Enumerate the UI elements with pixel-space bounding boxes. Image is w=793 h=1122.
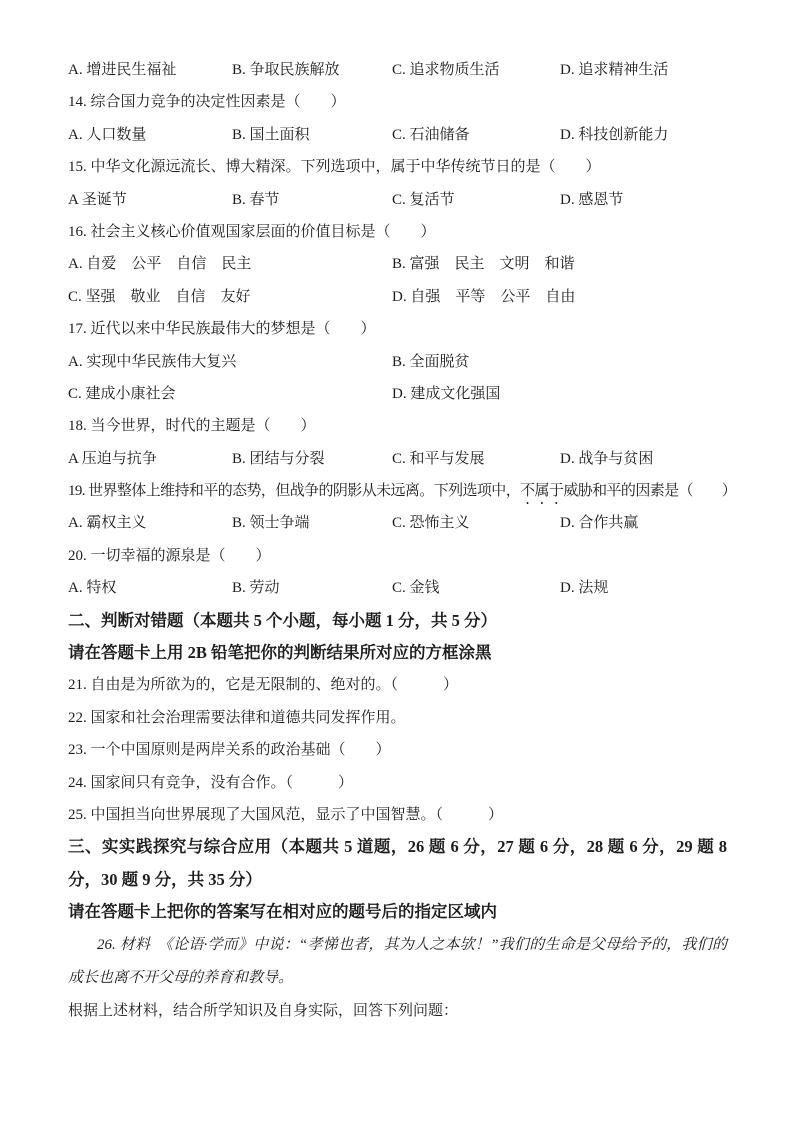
judgment-item-24: 24. 国家间只有竞争，没有合作。（ ） bbox=[68, 767, 727, 799]
q19-question: 19. 世界整体上维持和平的态势，但战争的阴影从未远离。下列选项中，不属于威胁和… bbox=[68, 475, 727, 507]
q19-text-after: 威胁和平的因素是（ ） bbox=[563, 483, 736, 499]
q14-options-row: A. 人口数量 B. 国土面积 C. 石油储备 D. 科技创新能力 bbox=[68, 119, 727, 151]
q17-option-d: D. 建成文化强国 bbox=[392, 378, 727, 410]
q20-option-a: A. 特权 bbox=[68, 572, 232, 604]
q16-option-c: C. 坚强 敬业 自信 友好 bbox=[68, 281, 392, 313]
judgment-item-23: 23. 一个中国原则是两岸关系的政治基础（ ） bbox=[68, 734, 727, 766]
q14-option-c: C. 石油储备 bbox=[392, 119, 560, 151]
q14-option-b: B. 国土面积 bbox=[232, 119, 392, 151]
q15-option-b: B. 春节 bbox=[232, 184, 392, 216]
judgment-item-22: 22. 国家和社会治理需要法律和道德共同发挥作用。 bbox=[68, 702, 727, 734]
q18-option-b: B. 团结与分裂 bbox=[232, 443, 392, 475]
section-2-instruction: 请在答题卡上用 2B 铅笔把你的判断结果所对应的方框涂黑 bbox=[68, 637, 727, 669]
q17-option-a: A. 实现中华民族伟大复兴 bbox=[68, 346, 392, 378]
q16-option-a: A. 自爱 公平 自信 民主 bbox=[68, 248, 392, 280]
q20-option-b: B. 劳动 bbox=[232, 572, 392, 604]
q19-option-d: D. 合作共赢 bbox=[560, 507, 727, 539]
q13-option-d: D. 追求精神生活 bbox=[560, 54, 727, 86]
q18-question: 18. 当今世界，时代的主题是（ ） bbox=[68, 410, 727, 442]
q16-option-d: D. 自强 平等 公平 自由 bbox=[392, 281, 727, 313]
q18-options-row: A 压迫与抗争 B. 团结与分裂 C. 和平与发展 D. 战争与贫困 bbox=[68, 443, 727, 475]
q17-option-c: C. 建成小康社会 bbox=[68, 378, 392, 410]
q15-option-a: A 圣诞节 bbox=[68, 184, 232, 216]
q19-emphasized-term: 不属于 bbox=[520, 483, 563, 499]
q15-question: 15. 中华文化源远流长、博大精深。下列选项中，属于中华传统节日的是（ ） bbox=[68, 151, 727, 183]
q14-question: 14. 综合国力竞争的决定性因素是（ ） bbox=[68, 86, 727, 118]
q19-text-before: 19. 世界整体上维持和平的态势，但战争的阴影从未远离。下列选项中， bbox=[68, 483, 520, 499]
q16-options-row-2: C. 坚强 敬业 自信 友好 D. 自强 平等 公平 自由 bbox=[68, 281, 727, 313]
judgment-item-21: 21. 自由是为所欲为的，它是无限制的、绝对的。（ ） bbox=[68, 669, 727, 701]
q17-question: 17. 近代以来中华民族最伟大的梦想是（ ） bbox=[68, 313, 727, 345]
q13-option-c: C. 追求物质生活 bbox=[392, 54, 560, 86]
q13-option-a: A. 增进民生福祉 bbox=[68, 54, 232, 86]
q18-option-c: C. 和平与发展 bbox=[392, 443, 560, 475]
q20-options-row: A. 特权 B. 劳动 C. 金钱 D. 法规 bbox=[68, 572, 727, 604]
q20-question: 20. 一切幸福的源泉是（ ） bbox=[68, 540, 727, 572]
q13-options-row: A. 增进民生福祉 B. 争取民族解放 C. 追求物质生活 D. 追求精神生活 bbox=[68, 54, 727, 86]
q19-option-c: C. 恐怖主义 bbox=[392, 507, 560, 539]
q14-option-a: A. 人口数量 bbox=[68, 119, 232, 151]
q16-option-b: B. 富强 民主 文明 和谐 bbox=[392, 248, 727, 280]
section-3-instruction: 请在答题卡上把你的答案写在相对应的题号后的指定区域内 bbox=[68, 896, 727, 928]
q19-option-b: B. 领士争端 bbox=[232, 507, 392, 539]
q19-option-a: A. 霸权主义 bbox=[68, 507, 232, 539]
q18-option-a: A 压迫与抗争 bbox=[68, 443, 232, 475]
q26-prompt: 根据上述材料，结合所学知识及自身实际，回答下列问题： bbox=[68, 995, 727, 1027]
q20-option-d: D. 法规 bbox=[560, 572, 727, 604]
q19-options-row: A. 霸权主义 B. 领士争端 C. 恐怖主义 D. 合作共赢 bbox=[68, 507, 727, 539]
section-3-header: 三、实实践探究与综合应用（本题共 5 道题，26 题 6 分，27 题 6 分，… bbox=[68, 831, 727, 896]
q16-question: 16. 社会主义核心价值观国家层面的价值目标是（ ） bbox=[68, 216, 727, 248]
q17-options-row-1: A. 实现中华民族伟大复兴 B. 全面脱贫 bbox=[68, 346, 727, 378]
q17-option-b: B. 全面脱贫 bbox=[392, 346, 727, 378]
q18-option-d: D. 战争与贫困 bbox=[560, 443, 727, 475]
judgment-item-25: 25. 中国担当向世界展现了大国风范，显示了中国智慧。（ ） bbox=[68, 799, 727, 831]
q15-option-c: C. 复活节 bbox=[392, 184, 560, 216]
q14-option-d: D. 科技创新能力 bbox=[560, 119, 727, 151]
section-2-header: 二、判断对错题（本题共 5 个小题，每小题 1 分，共 5 分） bbox=[68, 605, 727, 637]
exam-paper-page: A. 增进民生福祉 B. 争取民族解放 C. 追求物质生活 D. 追求精神生活 … bbox=[0, 0, 793, 1122]
q17-options-row-2: C. 建成小康社会 D. 建成文化强国 bbox=[68, 378, 727, 410]
q15-options-row: A 圣诞节 B. 春节 C. 复活节 D. 感恩节 bbox=[68, 184, 727, 216]
q20-option-c: C. 金钱 bbox=[392, 572, 560, 604]
q26-material-paragraph: 26. 材料 《论语·学而》中说：“孝悌也者，其为人之本欤！”我们的生命是父母给… bbox=[68, 929, 727, 995]
q15-option-d: D. 感恩节 bbox=[560, 184, 727, 216]
q13-option-b: B. 争取民族解放 bbox=[232, 54, 392, 86]
q16-options-row-1: A. 自爱 公平 自信 民主 B. 富强 民主 文明 和谐 bbox=[68, 248, 727, 280]
